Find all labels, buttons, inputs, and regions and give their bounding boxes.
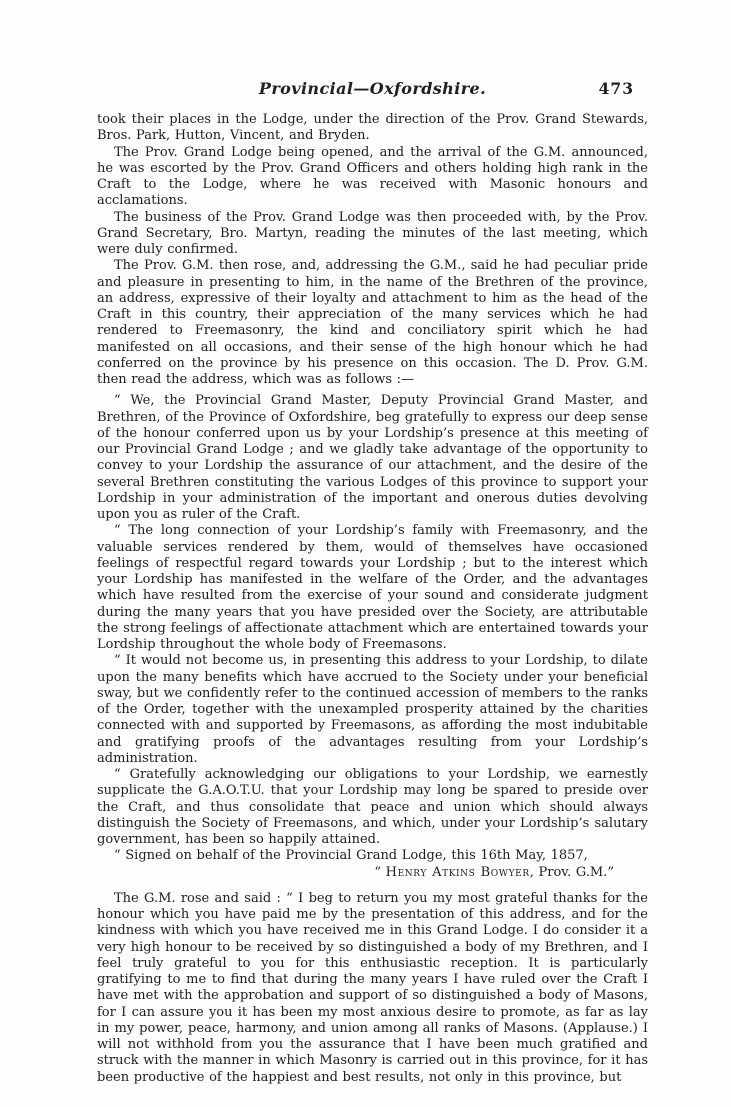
signature-title: , Prov. G.M.”: [530, 865, 614, 880]
page-header-title: Provincial—Oxfordshire.: [97, 79, 648, 98]
paragraph: The Prov. G.M. then rose, and, addressin…: [97, 258, 648, 388]
paragraph: The Prov. Grand Lodge being opened, and …: [97, 145, 648, 210]
paragraph: “ The long connection of your Lordship’s…: [97, 523, 648, 653]
paragraph: “ It would not become us, in presenting …: [97, 653, 648, 767]
signature-line: “ Henry Atkins Bowyer, Prov. G.M.”: [97, 865, 648, 881]
paragraph: The business of the Prov. Grand Lodge wa…: [97, 210, 648, 259]
paragraph: took their places in the Lodge, under th…: [97, 112, 648, 145]
paragraph: The G.M. rose and said : “ I beg to retu…: [97, 891, 648, 1086]
body-text: took their places in the Lodge, under th…: [97, 112, 648, 1086]
running-head: Provincial—Oxfordshire. 473: [97, 79, 648, 101]
page-number: 473: [599, 79, 634, 98]
paragraph: “ Gratefully acknowledging our obligatio…: [97, 767, 648, 848]
signature-open-quote: “: [374, 865, 385, 880]
document-page: Provincial—Oxfordshire. 473 took their p…: [0, 0, 731, 1107]
paragraph: “ We, the Provincial Grand Master, Deput…: [97, 393, 648, 523]
paragraph: “ Signed on behalf of the Provincial Gra…: [97, 848, 648, 864]
signatory-name: Henry Atkins Bowyer: [386, 865, 530, 880]
